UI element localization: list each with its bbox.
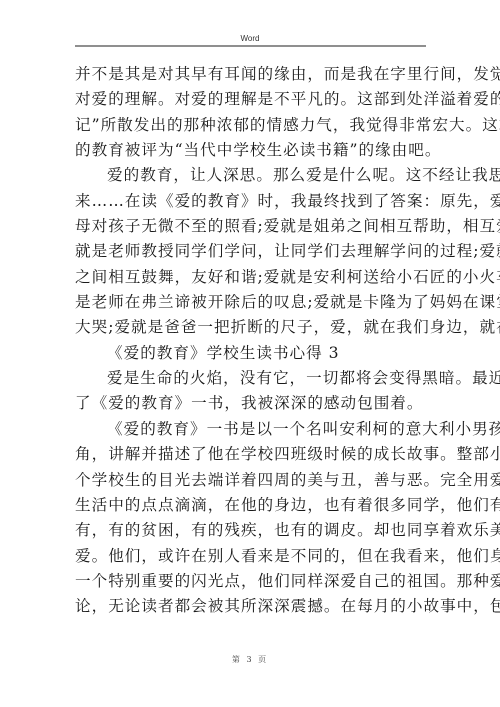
text-line: 生活中的点点滴滴，在他的身边，也有着很多同学，他们有的富 xyxy=(75,493,427,518)
text-line: 记”所散发出的那种浓郁的情感力气，我觉得非常宏大。这或许爱 xyxy=(75,113,427,138)
text-line: 爱的教育，让人深思。那么爱是什么呢。这不经让我思考起 xyxy=(75,163,427,188)
document-header: Word xyxy=(0,34,500,43)
text-line: 就是老师教授同学们学问，让同学们去理解学问的过程;爱就是伴侣 xyxy=(75,239,427,264)
text-line: 爱。他们，或许在别人看来是不同的，但在我看来，他们身上都有 xyxy=(75,544,427,569)
document-body: 并不是其是对其早有耳闻的缘由，而是我在字里行间，发觉了本人 对爱的理解。对爱的理… xyxy=(75,62,427,620)
text-line: 母对孩子无微不至的照看;爱就是姐弟之间相互帮助，相互爱股;爱 xyxy=(75,214,427,239)
text-line: 是老师在弗兰谛被开除后的叹息;爱就是卡隆为了妈妈在课堂上放声 xyxy=(75,290,427,315)
header-divider xyxy=(75,45,426,47)
text-line: 角，讲解并描述了他在学校四班级时候的成长故事。整部小说用一 xyxy=(75,442,427,467)
text-line: 一个特别重要的闪光点，他们同样深爱自己的祖国。那种爱，无 xyxy=(75,569,427,594)
text-line: 了《爱的教育》一书，我被深深的感动包围着。 xyxy=(75,391,427,416)
text-line: 大哭;爱就是爸爸一把折断的尺子，爱，就在我们身边，就在眼前。 xyxy=(75,315,427,340)
page-number: 第 3 页 xyxy=(0,654,500,665)
text-line: 个学校生的目光去端详着四周的美与丑，善与恶。完全用爱去感受 xyxy=(75,468,427,493)
text-line: 的教育被评为“当代中学校生必读书籍”的缘由吧。 xyxy=(75,138,427,163)
text-line: 对爱的理解。对爱的理解是不平凡的。这部到处洋溢着爱的“日 xyxy=(75,87,427,112)
text-line: 并不是其是对其早有耳闻的缘由，而是我在字里行间，发觉了本人 xyxy=(75,62,427,87)
text-line: 来……在读《爱的教育》时，我最终找到了答案：原先，爱就是父 xyxy=(75,189,427,214)
text-line: 爱是生命的火焰，没有它，一切都将会变得黑暗。最近阅读 xyxy=(75,366,427,391)
text-line: 《爱的教育》一书是以一个名叫安利柯的意大利小男孩的视 xyxy=(75,417,427,442)
text-line: 论，无论读者都会被其所深深震撼。在每月的小故事中，包裹了许 xyxy=(75,594,427,619)
section-heading: 《爱的教育》学校生读书心得 3 xyxy=(75,341,427,366)
text-line: 有，有的贫困，有的残疾，也有的调皮。却也同享着欢乐美好与 xyxy=(75,518,427,543)
text-line: 之间相互鼓舞，友好和谐;爱就是安利柯送给小石匠的小火车;爱就 xyxy=(75,265,427,290)
